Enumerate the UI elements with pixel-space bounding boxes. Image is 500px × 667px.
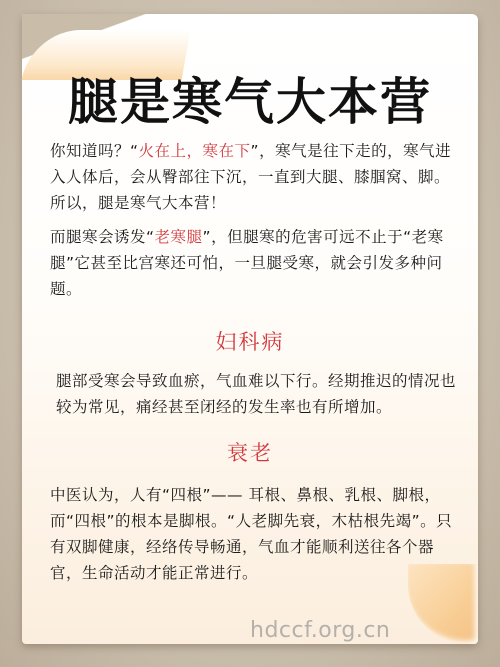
intro-paragraph-1: 你知道吗？“火在上，寒在下”，寒气是往下走的，寒气进入人体后，会从臀部往下沉，一… [50,138,460,216]
page-title: 腿是寒气大本营 [0,62,500,134]
section-body-aging: 中医认为，人有“四根”—— 耳根、鼻根、乳根、脚根，而“四根”的根本是脚根。“人… [50,482,460,586]
watermark: hdccf.org.cn [250,618,390,643]
section-heading-gynecology: 妇科病 [0,326,500,356]
intro-text: 你知道吗？“ [50,142,139,160]
intro-paragraph-2: 而腿寒会诱发“老寒腿”，但腿寒的危害可远不止于“老寒腿”它甚至比宫寒还可怕，一旦… [50,224,460,302]
intro-text: 而腿寒会诱发“ [50,228,155,246]
section-body-gynecology: 腿部受寒会导致血瘀，气血难以下行。经期推迟的情况也较为常见，痛经甚至闭经的发生率… [56,368,456,420]
highlight-text: 火在上，寒在下 [139,142,251,160]
highlight-text: 老寒腿 [155,228,203,246]
section-heading-aging: 衰老 [0,437,500,467]
